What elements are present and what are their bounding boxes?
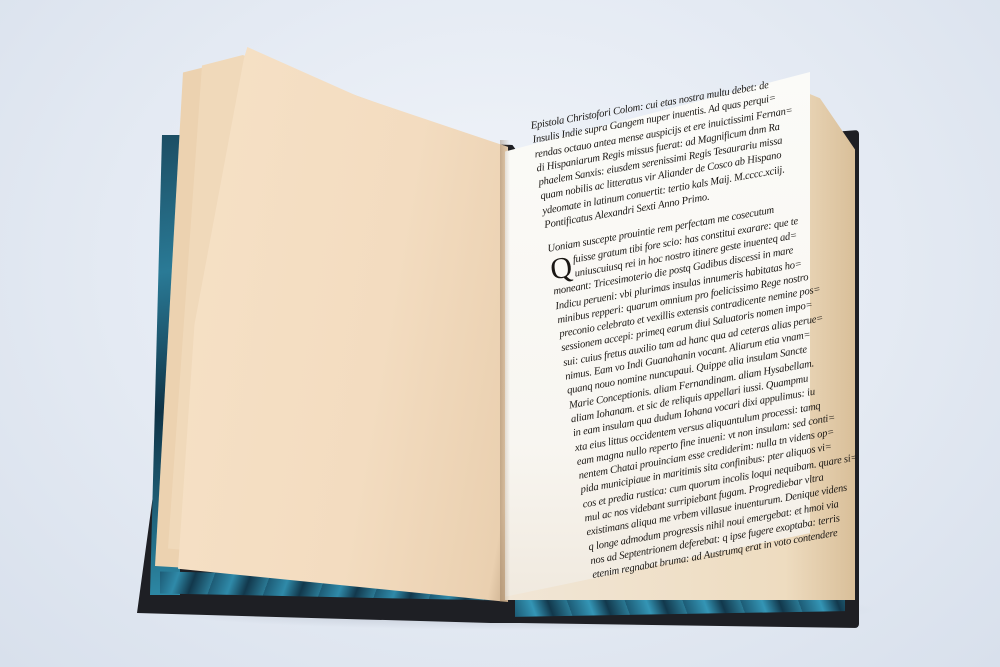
book-gutter [500, 140, 510, 602]
body-text: Uoniam suscepte prouintie rem perfectam … [547, 206, 810, 584]
photo-scene: Epistola Christofori Colom: cui etas nos… [0, 0, 1000, 667]
drop-cap: Q [549, 254, 574, 283]
